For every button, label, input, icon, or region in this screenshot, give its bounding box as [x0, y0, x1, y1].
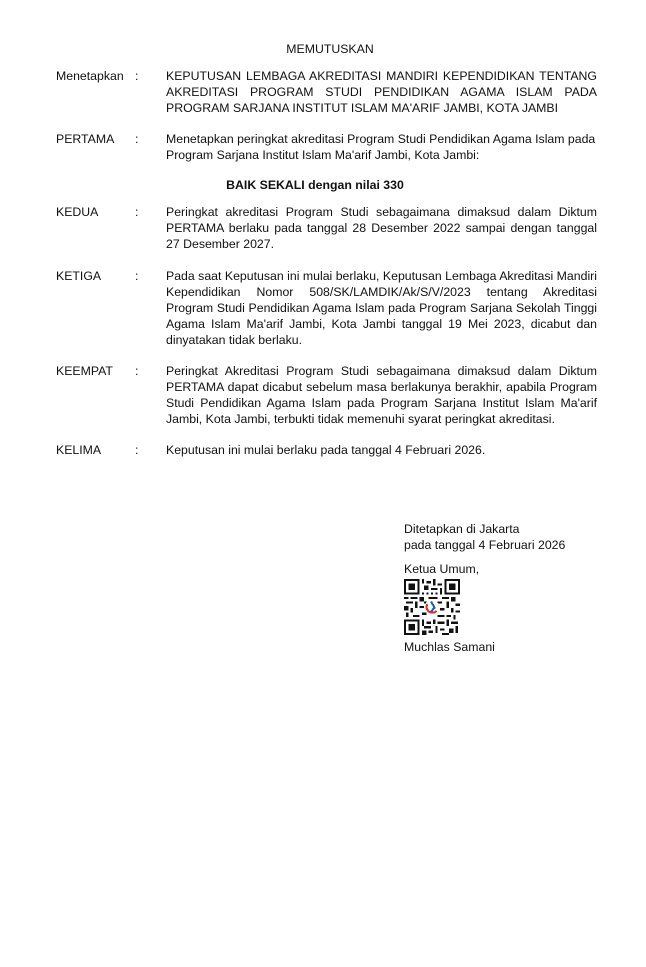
- section-text: Peringkat Akreditasi Program Studi sebag…: [166, 363, 597, 427]
- section-text: Pada saat Keputusan ini mulai berlaku, K…: [166, 268, 597, 348]
- section-pertama: PERTAMA : Menetapkan peringkat akreditas…: [56, 131, 597, 163]
- section-label: Menetapkan: [56, 68, 124, 84]
- section-label: KELIMA: [56, 442, 101, 458]
- signature-date: pada tanggal 4 Februari 2026: [404, 537, 565, 553]
- section-colon: :: [135, 268, 138, 284]
- section-text: Menetapkan peringkat akreditasi Program …: [166, 131, 597, 163]
- qr-code-icon: [404, 579, 460, 635]
- signature-block: Ditetapkan di Jakarta pada tanggal 4 Feb…: [404, 521, 565, 655]
- section-label: KETIGA: [56, 268, 101, 284]
- section-menetapkan: Menetapkan : KEPUTUSAN LEMBAGA AKREDITAS…: [56, 68, 597, 116]
- decision-heading: MEMUTUSKAN: [0, 41, 646, 57]
- section-colon: :: [135, 131, 138, 147]
- signatory-name: Muchlas Samani: [404, 639, 565, 655]
- section-keempat: KEEMPAT : Peringkat Akreditasi Program S…: [56, 363, 597, 427]
- accreditation-grade: BAIK SEKALI dengan nilai 330: [0, 177, 630, 193]
- signature-place: Ditetapkan di Jakarta: [404, 521, 565, 537]
- section-kelima: KELIMA : Keputusan ini mulai berlaku pad…: [56, 442, 597, 458]
- section-text: Peringkat akreditasi Program Studi sebag…: [166, 204, 597, 252]
- section-colon: :: [135, 363, 138, 379]
- section-label: KEEMPAT: [56, 363, 113, 379]
- signature-role: Ketua Umum,: [404, 561, 565, 577]
- section-text: KEPUTUSAN LEMBAGA AKREDITASI MANDIRI KEP…: [166, 68, 597, 116]
- section-colon: :: [135, 204, 138, 220]
- section-text: Keputusan ini mulai berlaku pada tanggal…: [166, 442, 597, 458]
- section-kedua: KEDUA : Peringkat akreditasi Program Stu…: [56, 204, 597, 252]
- section-colon: :: [135, 442, 138, 458]
- section-colon: :: [135, 68, 138, 84]
- section-label: PERTAMA: [56, 131, 114, 147]
- section-ketiga: KETIGA : Pada saat Keputusan ini mulai b…: [56, 268, 597, 348]
- section-label: KEDUA: [56, 204, 98, 220]
